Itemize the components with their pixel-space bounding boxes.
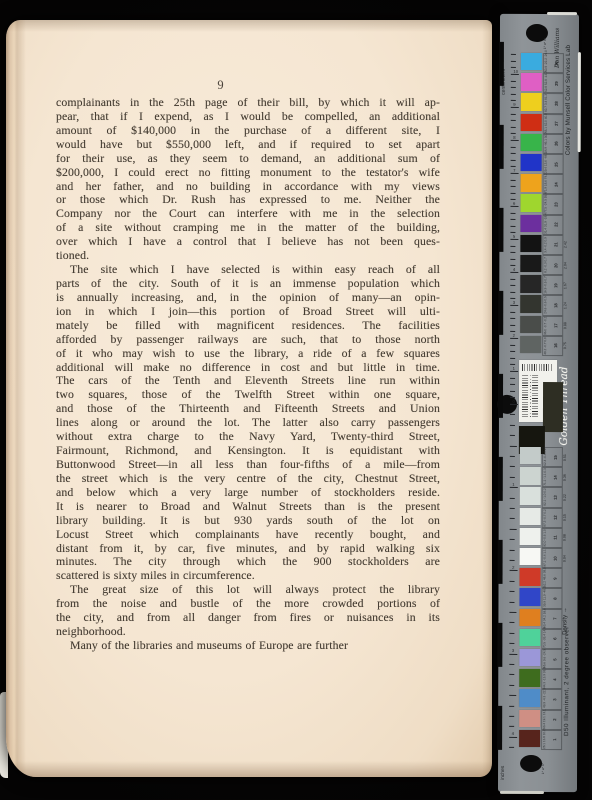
patch-density: 0.88 <box>564 317 568 334</box>
text-line: from the noise and bustle of the more cr… <box>56 597 440 611</box>
cm-tick <box>510 246 515 247</box>
cm-tick <box>510 391 515 392</box>
patch-number: 9 <box>553 570 557 587</box>
patch-number: 3 <box>553 691 557 708</box>
patch-lab-values: 63.4 19.1 13.1 <box>543 711 546 729</box>
text-line: and her father, and no building in accor… <box>56 180 440 194</box>
text-line: additional will make no difference in co… <box>56 361 440 375</box>
color-patch-26 <box>521 134 542 151</box>
patch-lab-values: 3.4 -0.2 0.9 <box>544 236 547 254</box>
text-line: for their use, as they seem to demand, a… <box>56 152 440 166</box>
ruler-edge-dash <box>497 623 502 667</box>
inches-label: inches <box>501 758 506 788</box>
inch-tick <box>510 446 517 447</box>
patch-number: 24 <box>554 176 558 193</box>
patch-lab-values: 39.9 11.9 -48.0 <box>543 589 546 607</box>
ruler-edge-dash <box>498 540 503 584</box>
ruler-hole-bottom <box>520 755 542 772</box>
cm-tick <box>510 219 515 220</box>
cm-tick <box>511 206 519 207</box>
patch-number: 8 <box>553 590 557 607</box>
patch-number: 11 <box>553 529 557 546</box>
cm-tick <box>511 147 516 148</box>
color-patch-17 <box>520 316 541 333</box>
inch-tick <box>509 737 517 738</box>
text-line: library building. It is but 930 yards so… <box>56 514 440 528</box>
text-line: distant from it, by car, five minutes, a… <box>56 542 440 556</box>
patch-lab-values: 24.6 -0.6 0.5 <box>544 296 547 314</box>
patch-lab-values: 92.0 -0.6 1.0 <box>543 529 546 547</box>
resolution-dark-wedge <box>543 382 563 432</box>
text-line: afforded by passenger railways are such,… <box>56 333 440 347</box>
patch-number: 29 <box>554 75 558 92</box>
inch-tick <box>509 664 514 665</box>
color-patch-22 <box>520 215 541 232</box>
patch-number: 1 <box>553 731 557 748</box>
text-line: of a site without cramping me in the mat… <box>56 221 440 235</box>
patch-lab-values: 49.9 -4.3 -22.3 <box>543 690 546 708</box>
inch-tick <box>509 706 514 707</box>
patch-density: 0.08 <box>563 529 567 546</box>
text-line: Fairmount, Richmond, and Kensington. It … <box>56 444 440 458</box>
cm-tick <box>511 81 516 82</box>
cm-tick <box>511 87 516 88</box>
inch-tick <box>510 581 515 582</box>
resolution-vbars-left <box>522 375 528 417</box>
cm-tick <box>510 259 515 260</box>
cm-tick <box>511 120 516 121</box>
color-patch-21 <box>520 235 541 252</box>
patch-number: 30 <box>554 55 558 72</box>
ruler-edge-dash <box>498 374 503 418</box>
cm-tick <box>510 312 515 313</box>
text-line: neighborhood. <box>56 625 440 639</box>
patch-number: 15 <box>553 449 557 466</box>
text-line: Company nor the Court can interfere with… <box>56 207 440 221</box>
lab-header-top: L* a* b* <box>544 36 547 51</box>
ruler-edge-highlight-bottom <box>500 791 544 794</box>
text-line: is annually increasing, and, in the opin… <box>56 291 440 305</box>
lab-header-bottom: L* a* b* <box>542 761 545 776</box>
resolution-vbars-right <box>532 375 538 417</box>
color-patch-25 <box>521 154 542 171</box>
inch-tick <box>510 466 515 467</box>
cm-number: 10 <box>513 69 518 74</box>
text-line: scattered is sixty miles in circumferenc… <box>56 569 440 583</box>
text-line: It is nearer to Broad and Walnut Streets… <box>56 500 440 514</box>
cm-tick <box>510 345 515 346</box>
cm-tick <box>510 298 515 299</box>
inch-tick <box>509 622 514 623</box>
cm-tick <box>511 160 516 161</box>
color-patch-3 <box>519 689 540 706</box>
color-patch-28 <box>521 93 542 110</box>
text-line: tioned. <box>56 249 440 263</box>
text-line: Locust Street which complainants have re… <box>56 528 440 542</box>
color-calibration-ruler: Don Williams Colors by Munsell Color Ser… <box>498 14 579 792</box>
color-patch-9 <box>520 568 541 585</box>
inch-tick <box>509 685 514 686</box>
inch-tick <box>509 643 514 644</box>
color-patch-23 <box>521 194 542 211</box>
color-patch-20 <box>520 255 541 272</box>
color-patch-19 <box>520 275 541 292</box>
text-line: The cars of the Tenth and Eleventh Stree… <box>56 374 440 388</box>
cm-tick <box>511 140 519 141</box>
cm-tick <box>510 384 515 385</box>
patch-lab-values: 50.9 -22.2 -29.0 <box>544 54 547 72</box>
cm-tick <box>510 279 515 280</box>
patch-lab-values: 97.1 -0.4 1.1 <box>543 549 546 567</box>
cm-tick <box>511 127 516 128</box>
cm-tick <box>511 153 516 154</box>
patch-lab-values: 16.9 -0.5 0.7 <box>544 276 547 294</box>
color-patch-15 <box>520 447 541 464</box>
cm-tick <box>510 338 518 339</box>
color-patch-6 <box>519 629 540 646</box>
patch-density: 0.36 <box>563 469 567 486</box>
inch-tick <box>510 550 515 551</box>
cm-tick <box>510 292 515 293</box>
ruler-edge-highlight-top <box>547 12 577 15</box>
inch-tick <box>510 498 515 499</box>
text-line: ion in which I join—this portion of Broa… <box>56 305 440 319</box>
ruler-edge-dash <box>499 42 504 86</box>
cm-tick <box>510 318 515 319</box>
cm-tick <box>510 213 515 214</box>
cm-tick <box>511 133 516 134</box>
cm-tick <box>510 285 515 286</box>
inch-tick <box>510 414 515 415</box>
text-line: The site which I have selected is within… <box>56 263 440 277</box>
cm-number: 4 <box>513 267 515 272</box>
cm-tick <box>510 364 515 365</box>
patch-number: 22 <box>554 216 558 233</box>
cm-number: 3 <box>513 300 515 305</box>
cm-number: 1 <box>513 366 515 371</box>
text-line: Many of the libraries and museums of Eur… <box>56 639 440 653</box>
resolution-hbars <box>522 364 553 371</box>
text-line: minutes. The city through which the 900 … <box>56 555 440 569</box>
inch-tick <box>509 633 514 634</box>
inch-tick <box>509 654 517 655</box>
patch-lab-values: 63.4 34.2 59.6 <box>543 610 546 628</box>
patch-number: 12 <box>553 509 557 526</box>
patch-lab-values: 70.5 -33.4 14.8 <box>543 630 546 648</box>
patch-number: 6 <box>553 630 557 647</box>
patch-number: 21 <box>554 236 558 253</box>
cm-number: 2 <box>513 333 515 338</box>
cm-tick <box>510 305 518 306</box>
page-number: 9 <box>6 78 492 93</box>
inch-tick <box>510 425 515 426</box>
cm-tick <box>510 232 515 233</box>
cm-tick <box>511 94 516 95</box>
color-patch-14 <box>520 467 541 484</box>
color-patch-5 <box>519 649 540 666</box>
cm-tick <box>511 54 516 55</box>
cm-tick <box>511 193 516 194</box>
text-line: Buttonwood Street—in all less than four-… <box>56 458 440 472</box>
patch-lab-values: 71.1 -1.1 0.3 <box>543 468 546 486</box>
cm-number: 8 <box>513 135 515 140</box>
patch-lab-values: 8.2 -0.3 0.7 <box>544 256 547 274</box>
text-line: pear, that if I expend, as I would be co… <box>56 110 440 124</box>
patch-number: 25 <box>554 156 558 173</box>
patch-number: 23 <box>554 196 558 213</box>
ruler-edge-highlight <box>577 52 580 152</box>
cm-tick <box>511 100 516 101</box>
inch-tick <box>510 591 515 592</box>
patch-number: 2 <box>553 711 557 728</box>
patch-lab-values: 31.4 31.9 -18.4 <box>544 216 547 234</box>
text-line: over which I have a control that I belie… <box>56 235 440 249</box>
patch-density: 0.22 <box>563 489 567 506</box>
patch-lab-values: 71.9 18.6 74.2 <box>544 175 547 193</box>
text-line: the street which is the very centre of t… <box>56 472 440 486</box>
patch-density: 2.04 <box>564 257 568 274</box>
color-patch-24 <box>521 174 542 191</box>
cm-tick <box>511 186 516 187</box>
patch-lab-values: 77.5 -24.5 55.6 <box>544 195 547 213</box>
text-line: lines along or around the lot. The latte… <box>56 416 440 430</box>
color-patch-8 <box>519 588 540 605</box>
page-number-value: 9 <box>217 78 224 92</box>
inch-tick <box>510 508 515 509</box>
cm-tick <box>511 107 519 108</box>
patch-density: 1.24 <box>564 297 568 314</box>
patch-density: 0.15 <box>563 509 567 526</box>
color-patch-11 <box>520 528 541 545</box>
inch-tick <box>510 518 515 519</box>
patch-density: 0.04 <box>563 550 567 567</box>
cm-number: 9 <box>513 102 515 107</box>
illuminant-label: D50 Illuminant, 2 degree observer <box>564 596 571 766</box>
cm-tick <box>510 351 515 352</box>
text-line: without extra charge to the Navy Yard, T… <box>56 430 440 444</box>
page-text: complainants in the 25th page of their b… <box>56 96 440 653</box>
text-line: $200,000, I could erect no fitting monum… <box>56 166 440 180</box>
color-patch-27 <box>521 114 542 131</box>
cm-tick <box>511 173 519 174</box>
patch-lab-values: 29.4 13.6 -49.1 <box>544 155 547 173</box>
cm-tick <box>510 252 515 253</box>
text-line: two squares, those of the Twelfth Street… <box>56 388 440 402</box>
cm-tick <box>511 114 516 115</box>
color-patch-18 <box>520 295 541 312</box>
inch-number: 3 <box>512 648 514 653</box>
inch-tick <box>509 747 514 748</box>
color-patch-30 <box>521 53 542 70</box>
inch-tick <box>510 560 515 561</box>
patch-lab-values: 44.3 -13.9 33.9 <box>543 670 546 688</box>
patch-density: 0.51 <box>563 449 567 466</box>
inch-tick <box>509 726 514 727</box>
cm-tick <box>511 74 519 75</box>
text-line: mately be filled with magnificent reside… <box>56 319 440 333</box>
cm-number: 6 <box>513 201 515 206</box>
patch-number: 20 <box>554 257 558 274</box>
patch-lab-values: 54.9 -46.1 30.7 <box>544 135 547 153</box>
patch-density: 0.75 <box>564 337 568 354</box>
patch-number: 14 <box>553 469 557 486</box>
resolution-center-marks <box>529 375 531 417</box>
color-patch-13 <box>520 487 541 504</box>
patch-number: 4 <box>553 671 557 688</box>
inch-tick <box>510 404 518 405</box>
cm-number: 7 <box>513 168 515 173</box>
patch-lab-values: 28.1 13.8 10.2 <box>543 731 546 749</box>
patch-number: 28 <box>554 95 558 112</box>
patch-lab-values: 62.4 -0.8 0.2 <box>543 448 546 466</box>
patch-lab-values: 52.2 48.6 38.0 <box>543 569 546 587</box>
color-patch-12 <box>520 508 541 525</box>
text-line: amount of $140,000 in the purchase of a … <box>56 124 440 138</box>
cm-tick <box>511 166 516 167</box>
patch-lab-values: 48.2 -0.7 0.0 <box>544 337 547 355</box>
cm-tick <box>511 61 516 62</box>
inch-tick <box>510 539 515 540</box>
patch-lab-values: 52.8 52.8 -13.7 <box>544 74 547 92</box>
patch-lab-values: 36.0 -0.7 -0.2 <box>544 317 547 335</box>
color-patch-10 <box>520 548 541 565</box>
color-patch-4 <box>519 669 540 686</box>
text-line: of it who may wish to use the library, a… <box>56 347 440 361</box>
patch-lab-values: 82.1 -1.0 0.2 <box>543 488 546 506</box>
inch-tick <box>509 695 516 696</box>
book-page: 9 complainants in the 25th page of their… <box>6 20 492 777</box>
text-line: the city, and from all danger from fires… <box>56 611 440 625</box>
cm-tick <box>511 67 516 68</box>
inch-tick <box>510 456 515 457</box>
text-line: or those which Dr. Rush has expressed to… <box>56 193 440 207</box>
inch-tick <box>510 435 515 436</box>
cm-tick <box>510 397 515 398</box>
patch-density: 2.42 <box>564 236 568 253</box>
text-line: would have but $550,000 left, and if req… <box>56 138 440 152</box>
patch-number: 5 <box>553 651 557 668</box>
color-patch-16 <box>520 336 541 353</box>
patch-number: 13 <box>553 489 557 506</box>
inch-tick <box>509 612 516 613</box>
text-line: and below which a very large number of s… <box>56 486 440 500</box>
patch-number: 17 <box>554 317 558 334</box>
cm-tick <box>510 378 515 379</box>
color-patch-29 <box>521 73 542 90</box>
patch-number: 16 <box>554 337 558 354</box>
inch-tick <box>509 716 514 717</box>
ruler-edge-dash <box>499 125 504 169</box>
patch-lab-values: 87.3 -0.7 0.2 <box>543 509 546 527</box>
patch-number: 7 <box>553 610 557 627</box>
patch-number: 18 <box>554 297 558 314</box>
ruler-edge-dash <box>497 706 502 750</box>
patch-lab-values: 82.7 3.4 81.3 <box>544 94 547 112</box>
ruler-edge-dash <box>498 457 503 501</box>
cm-number: 5 <box>513 234 515 239</box>
cm-tick <box>511 199 516 200</box>
text-line: parts of the city. South of it is an imm… <box>56 277 440 291</box>
patch-density: 1.67 <box>564 277 568 294</box>
ruler-edge-dash <box>498 291 503 335</box>
text-line: and those of the Thirteenth and Fifteent… <box>56 402 440 416</box>
inch-tick <box>509 602 514 603</box>
cm-tick <box>511 180 516 181</box>
patch-number: 26 <box>554 135 558 152</box>
cm-tick <box>510 239 518 240</box>
cm-tick <box>510 325 515 326</box>
cm-tick <box>510 358 515 359</box>
inch-tick <box>510 487 518 488</box>
color-patch-2 <box>519 710 540 727</box>
inch-tick <box>510 477 515 478</box>
patch-number: 10 <box>553 550 557 567</box>
patch-lab-values: 65.6 9.6 -24.5 <box>543 650 546 668</box>
cm-tick <box>510 265 515 266</box>
cm-tick <box>510 331 515 332</box>
inch-tick <box>510 570 518 571</box>
patch-lab-values: 45.1 62.0 40.0 <box>544 115 547 133</box>
color-patch-7 <box>519 609 540 626</box>
inch-number: 1 <box>512 482 514 487</box>
cm-tick <box>510 226 515 227</box>
text-line: complainants in the 25th page of their b… <box>56 96 440 110</box>
inch-number: 4 <box>512 731 514 736</box>
color-patch-1 <box>519 730 540 747</box>
cm-tick <box>510 272 518 273</box>
scanned-book-photo: 9 complainants in the 25th page of their… <box>0 0 592 800</box>
inch-tick <box>510 529 517 530</box>
inch-number: 2 <box>512 565 514 570</box>
patch-number: 19 <box>554 277 558 294</box>
cm-tick <box>510 371 518 372</box>
ruler-edge-dash <box>498 208 503 252</box>
inch-tick <box>509 674 514 675</box>
munsell-caption: Colors by Munsell Color Services Lab <box>566 40 573 160</box>
patch-number: 27 <box>554 115 558 132</box>
text-line: The great size of this lot will always p… <box>56 583 440 597</box>
